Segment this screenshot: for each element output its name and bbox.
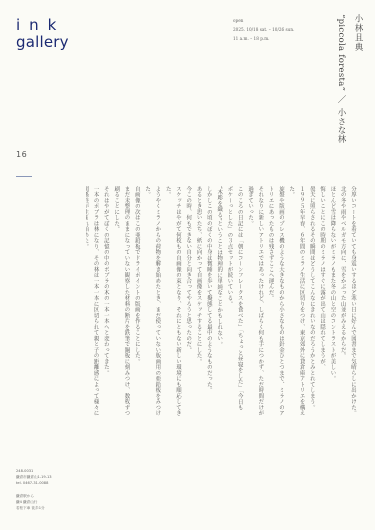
essay-paragraph: 分厚いコートを着ていても身震いするほど寒い日に好んで図書まで気晴らしに出かけた。 bbox=[348, 186, 358, 416]
essay-paragraph: あるとき思いたち、紙に向かって自画像をスケッチすることにした。 bbox=[193, 186, 203, 416]
divider-rule bbox=[16, 176, 32, 177]
issue-number: 16 bbox=[16, 150, 27, 159]
title-japanese: 小さな林 bbox=[336, 108, 346, 143]
essay-paragraph: まだ未整理のままになっていない観察した材料の断片を鉄筆で銅板に刻みつけ、数枚ずつ… bbox=[111, 186, 132, 416]
essay-paragraph: ようやくミラノからの荷物を解き始めたとき、まだ使っていない版画用の亜鉛板をみつけ… bbox=[142, 186, 163, 416]
opening-info: open 2025. 10/18 sat. – 10/26 sun. 11 a.… bbox=[233, 16, 294, 43]
essay-paragraph: 北の冬や雨やベルガモ方向に、雪をかぶった山並がみえるからだ。 bbox=[337, 186, 347, 416]
title-separator: ／ bbox=[335, 95, 347, 104]
essay-paragraph: スケッチはやがて何枚もの自画像の束となり、それにともない新しい環境にも順応してき… bbox=[162, 186, 183, 416]
essay-paragraph: 今この時、何もできない自分と向き合ってやろうと思ったのだ。 bbox=[183, 186, 193, 416]
essay-paragraph: １９９５年早春、６年間のミラノ生活に区切りをつけ、東京郊外に貸倉庫アトリエを構え… bbox=[286, 186, 307, 416]
essay-paragraph: それなりに新しいアトリエではあったけれど、しばらく何も手につかず、ただ時間だけが… bbox=[245, 186, 266, 416]
title-italian: “piccola foresta” bbox=[336, 14, 346, 91]
exhibition-dates: 2025. 10/18 sat. – 10/26 sun. bbox=[233, 25, 294, 34]
essay-paragraph: 自画像の次はこの亜鉛板でドライポイントの版画を作ることにした。 bbox=[131, 186, 141, 416]
essay-paragraph: “木彫を織る”ということは物理的に単純なことかもしれない。 bbox=[214, 186, 224, 416]
essay-body: 分厚いコートを着ていても身震いするほど寒い日に好んで図書まで気晴らしに出かけた。… bbox=[86, 186, 358, 416]
access-line: 若松下車 徒歩1分 bbox=[16, 505, 52, 511]
gallery-address: 248-0031 鎌倉市鎌倉山1-19-13 tel. 0467-31-0088… bbox=[16, 468, 52, 511]
essay-paragraph: 旋盤や版画のプレス機のような大きなものから小さなものは針金ひとつまで、ミラノのア… bbox=[265, 186, 286, 416]
artist-name: 小林且典 bbox=[352, 14, 364, 52]
phone-number: tel. 0467-31-0088 bbox=[16, 480, 52, 486]
gallery-logo: ink gallery bbox=[16, 18, 69, 50]
essay-paragraph: 曇天に照らされるその瞬間はどうしてこんなにきれいなのだろうかとみとれてしまう。 bbox=[307, 186, 317, 416]
logo-line-ink: ink bbox=[16, 18, 69, 33]
exhibition-hours: 11 a.m. – 18 p.m. bbox=[233, 34, 294, 43]
essay-paragraph: 一本のポプラは林になり、その林は一本一本に区切られて親と子の距離感によって様々に… bbox=[86, 186, 101, 416]
open-label: open bbox=[233, 16, 294, 25]
essay-paragraph: このころの日記には「朝にコーンフレークスを食べた」「ちょっと昼寝をした」「今日も… bbox=[224, 186, 245, 416]
exhibition-title: “piccola foresta”／小さな林 bbox=[335, 14, 347, 143]
essay-paragraph: 悔しいことにこの時期のミラノはすぐに霧が出て山は隠れてしまうが、 bbox=[317, 186, 327, 416]
essay-paragraph: しかしこの頃のぼくの中身は微睡を歩いて擬態してる最中のようなものだった。 bbox=[204, 186, 214, 416]
essay-paragraph: ほとんど雪は降らないがミラノもまた冬の山と空のコントラストが美しい。 bbox=[327, 186, 337, 416]
essay-paragraph: それはやがてぼくの記憶の中のポプラの木の一本一本へと変わってきた。 bbox=[101, 186, 111, 416]
logo-line-gallery: gallery bbox=[16, 35, 69, 50]
